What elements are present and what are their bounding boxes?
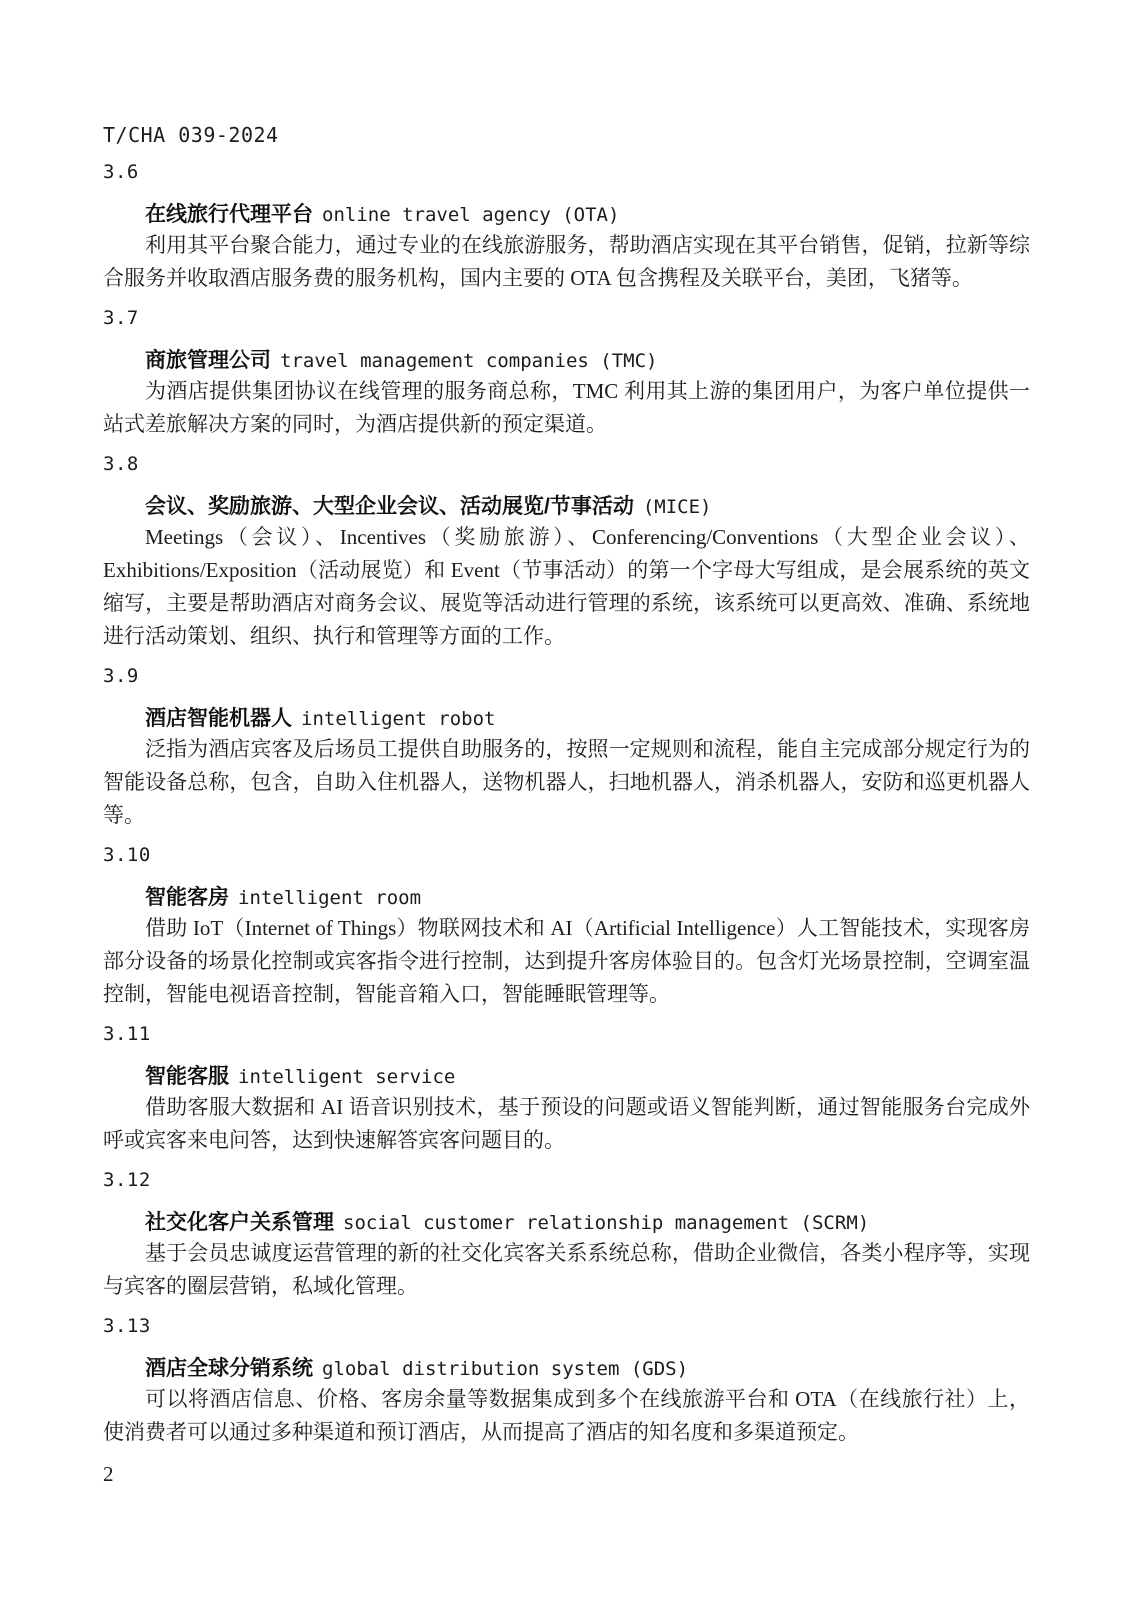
document-code-header: T/CHA 039-2024 (103, 124, 1030, 147)
term-english: intelligent service (238, 1066, 455, 1088)
term-line: 商旅管理公司travel management companies (TMC) (103, 349, 1030, 375)
term-line: 在线旅行代理平台online travel agency (OTA) (103, 203, 1030, 229)
definition-text: 泛指为酒店宾客及后场员工提供自助服务的，按照一定规则和流程，能自主完成部分规定行… (103, 733, 1030, 832)
section-3-9: 3.9 酒店智能机器人intelligent robot 泛指为酒店宾客及后场员… (103, 665, 1030, 832)
document-page: T/CHA 039-2024 3.6 在线旅行代理平台online travel… (0, 0, 1131, 1600)
section-number: 3.12 (103, 1169, 1030, 1191)
section-number: 3.8 (103, 453, 1030, 475)
term-line: 酒店智能机器人intelligent robot (103, 707, 1030, 733)
term-chinese: 在线旅行代理平台 (145, 203, 313, 226)
section-3-12: 3.12 社交化客户关系管理social customer relationsh… (103, 1169, 1030, 1303)
definition-text: Meetings（会议）、Incentives（奖励旅游）、Conferenci… (103, 521, 1030, 653)
definition-text: 借助 IoT（Internet of Things）物联网技术和 AI（Arti… (103, 912, 1030, 1011)
definition-text: 借助客服大数据和 AI 语音识别技术，基于预设的问题或语义智能判断，通过智能服务… (103, 1091, 1030, 1157)
definition-text: 基于会员忠诚度运营管理的新的社交化宾客关系系统总称，借助企业微信，各类小程序等，… (103, 1237, 1030, 1303)
term-line: 社交化客户关系管理social customer relationship ma… (103, 1211, 1030, 1237)
term-chinese: 商旅管理公司 (145, 349, 271, 372)
section-number: 3.10 (103, 844, 1030, 866)
section-number: 3.13 (103, 1315, 1030, 1337)
definition-text: 利用其平台聚合能力，通过专业的在线旅游服务，帮助酒店实现在其平台销售，促销，拉新… (103, 229, 1030, 295)
term-chinese: 酒店智能机器人 (145, 707, 292, 730)
section-3-11: 3.11 智能客服intelligent service 借助客服大数据和 AI… (103, 1023, 1030, 1157)
section-number: 3.11 (103, 1023, 1030, 1045)
definition-text: 可以将酒店信息、价格、客房余量等数据集成到多个在线旅游平台和 OTA（在线旅行社… (103, 1383, 1030, 1449)
term-english: travel management companies (TMC) (280, 350, 658, 372)
section-3-10: 3.10 智能客房intelligent room 借助 IoT（Interne… (103, 844, 1030, 1011)
section-number: 3.6 (103, 161, 1030, 183)
section-number: 3.7 (103, 307, 1030, 329)
term-english: global distribution system (GDS) (322, 1358, 688, 1380)
term-chinese: 会议、奖励旅游、大型企业会议、活动展览/节事活动 (145, 495, 634, 518)
term-chinese: 智能客房 (145, 886, 229, 909)
term-english: intelligent room (238, 887, 421, 909)
section-3-13: 3.13 酒店全球分销系统global distribution system … (103, 1315, 1030, 1449)
section-3-7: 3.7 商旅管理公司travel management companies (T… (103, 307, 1030, 441)
term-line: 智能客房intelligent room (103, 886, 1030, 912)
term-chinese: 社交化客户关系管理 (145, 1211, 334, 1234)
term-english: social customer relationship management … (343, 1212, 869, 1234)
section-number: 3.9 (103, 665, 1030, 687)
term-line: 智能客服intelligent service (103, 1065, 1030, 1091)
term-english: online travel agency (OTA) (322, 204, 619, 226)
term-english: (MICE) (643, 496, 712, 518)
section-3-6: 3.6 在线旅行代理平台online travel agency (OTA) 利… (103, 161, 1030, 295)
page-number: 2 (103, 1462, 114, 1487)
term-line: 会议、奖励旅游、大型企业会议、活动展览/节事活动(MICE) (103, 495, 1030, 521)
term-english: intelligent robot (301, 708, 495, 730)
term-line: 酒店全球分销系统global distribution system (GDS) (103, 1357, 1030, 1383)
term-chinese: 酒店全球分销系统 (145, 1357, 313, 1380)
section-3-8: 3.8 会议、奖励旅游、大型企业会议、活动展览/节事活动(MICE) Meeti… (103, 453, 1030, 653)
term-chinese: 智能客服 (145, 1065, 229, 1088)
definition-text: 为酒店提供集团协议在线管理的服务商总称，TMC 利用其上游的集团用户，为客户单位… (103, 375, 1030, 441)
